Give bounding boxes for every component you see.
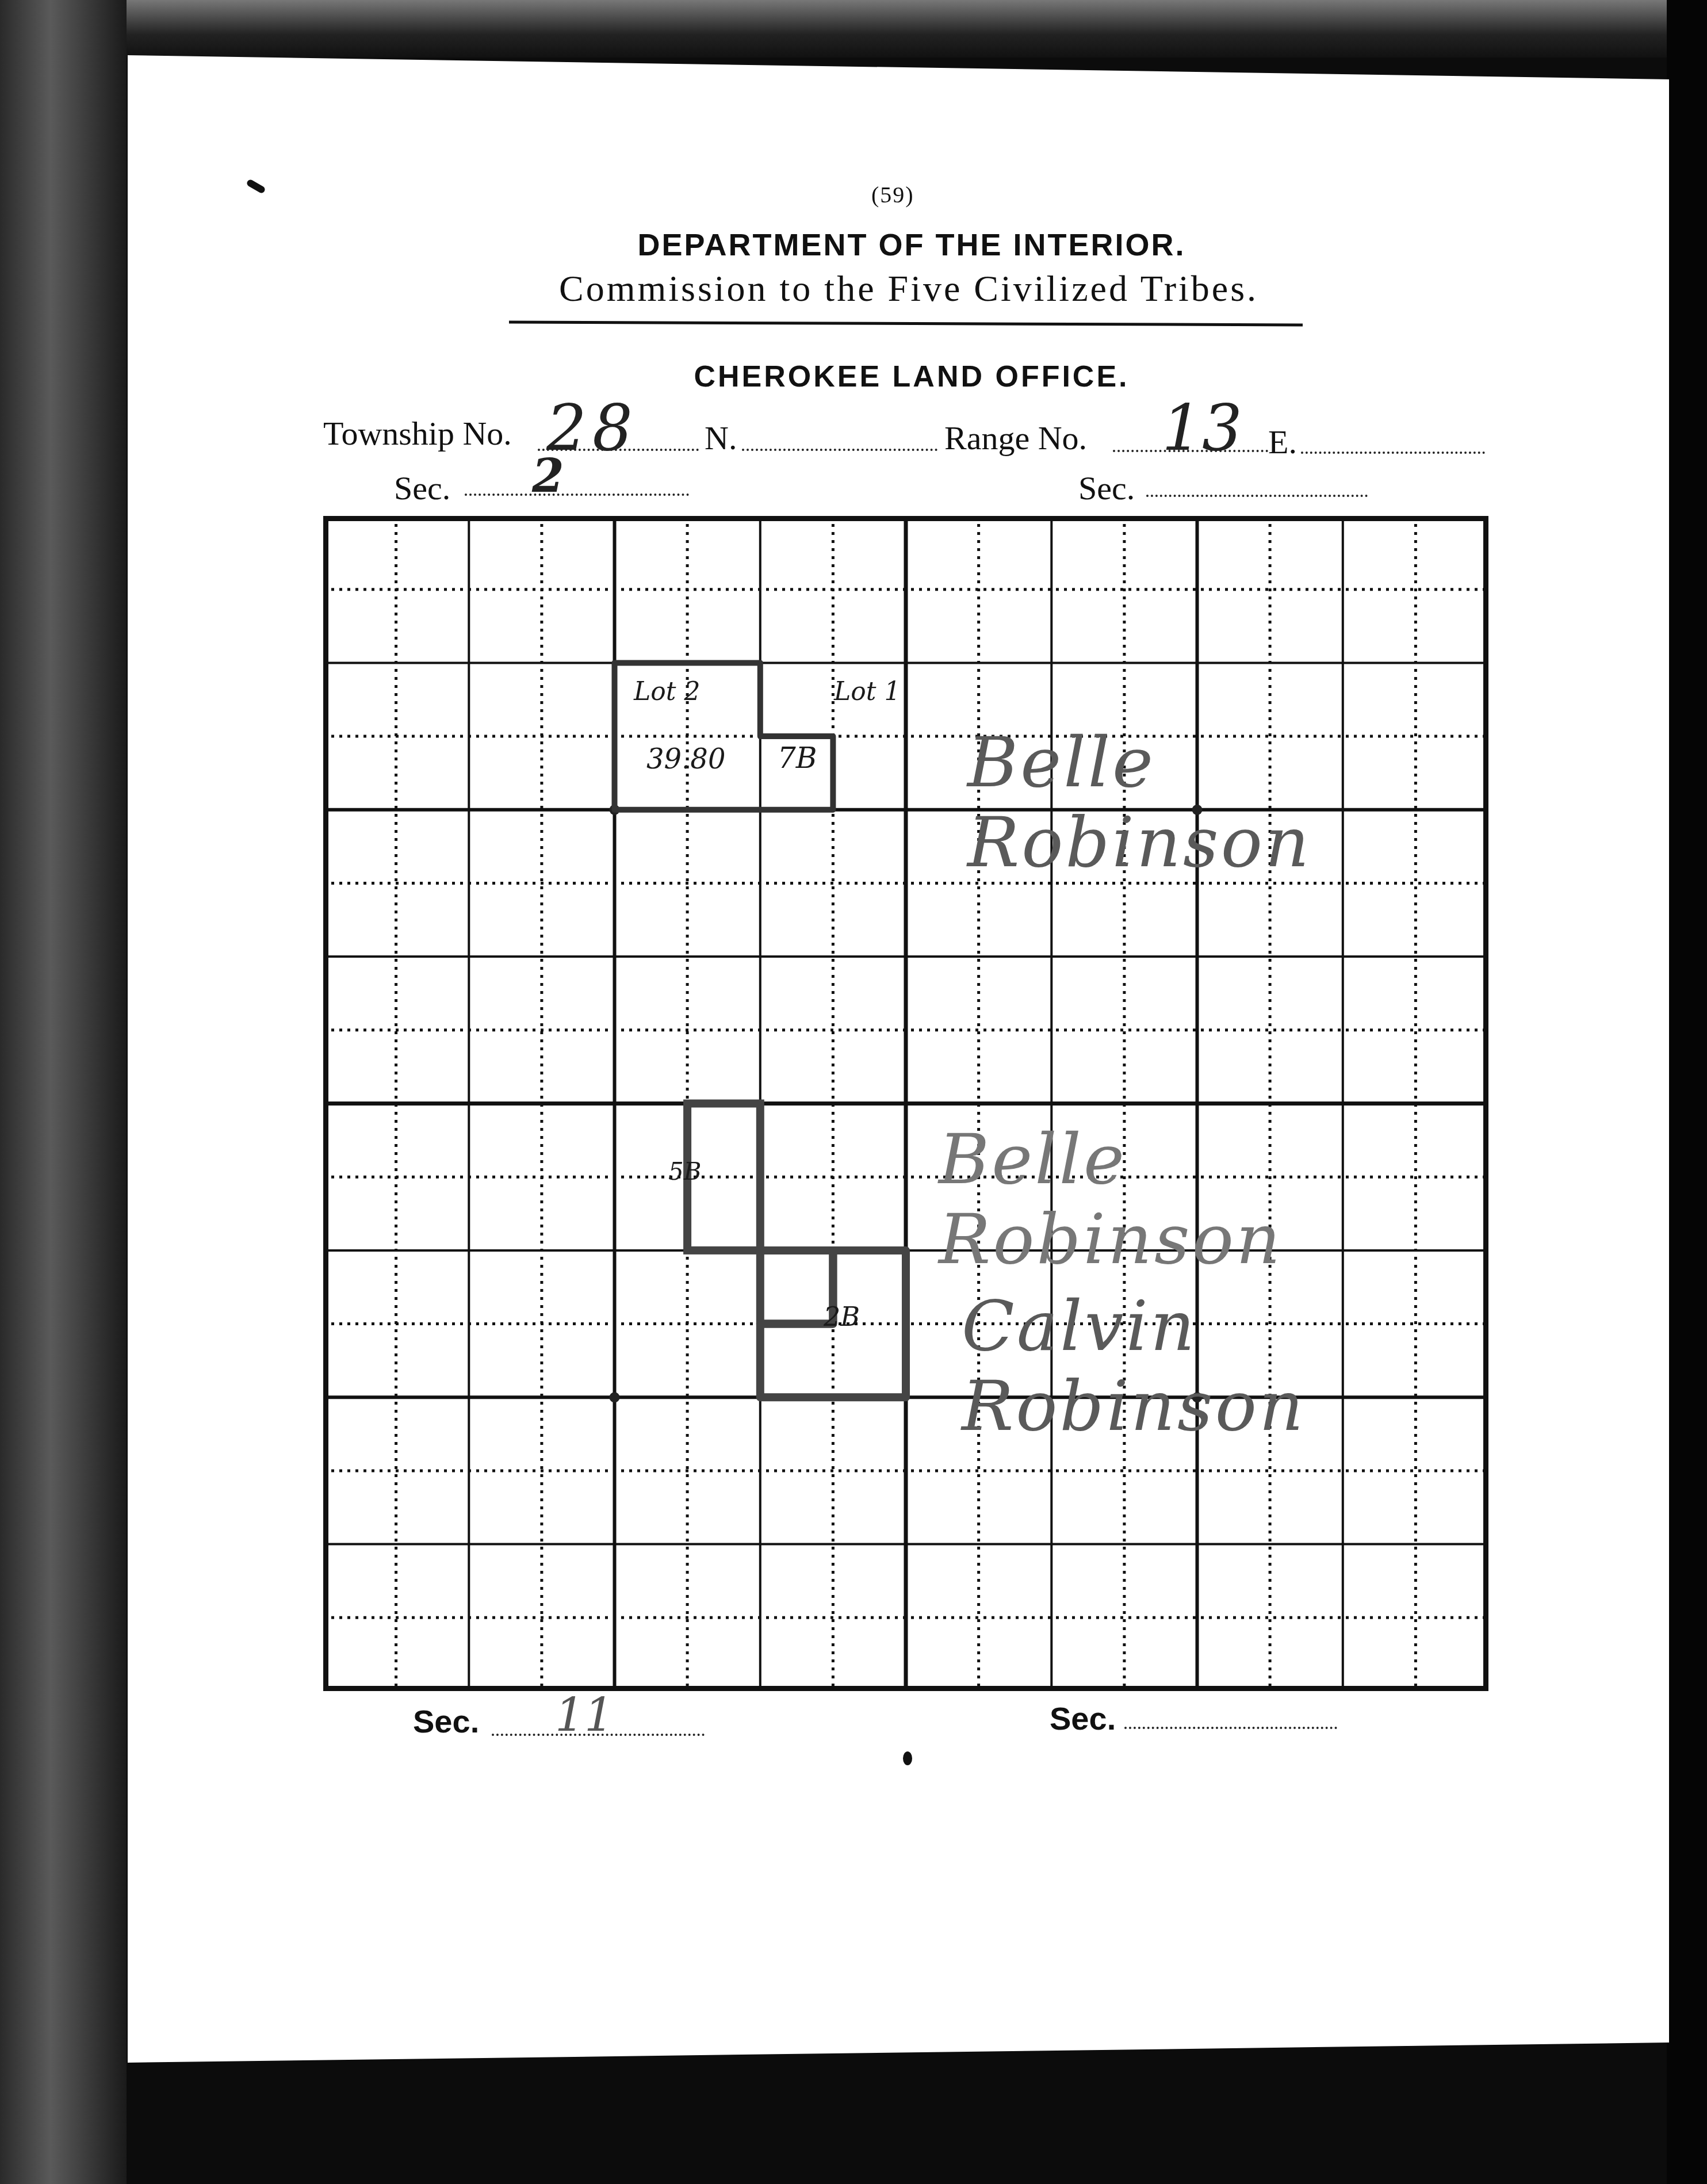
allottee-name: Belle Robinson <box>967 723 1488 883</box>
page-number: (59) <box>871 181 914 208</box>
sec-top-right-field <box>1146 495 1368 497</box>
sec-bottom-right-label: Sec. <box>1050 1700 1116 1737</box>
scan-background-right <box>1667 0 1707 2184</box>
sec-top-left-label: Sec. <box>394 469 450 507</box>
lot2-label: Lot 2 <box>634 677 700 706</box>
office-title: CHEROKEE LAND OFFICE. <box>638 359 1185 394</box>
department-title: DEPARTMENT OF THE INTERIOR. <box>575 227 1248 263</box>
sec-bottom-left-label: Sec. <box>413 1703 479 1740</box>
parcel-2b-code: 2B <box>824 1301 860 1332</box>
sec-bottom-right-field <box>1124 1727 1337 1729</box>
scan-background-top <box>0 0 1707 58</box>
plat-grid-lines <box>323 516 1488 1691</box>
east-label: E. <box>1268 423 1297 461</box>
lot1-label: Lot 1 <box>834 677 900 706</box>
parcel-5b-code: 5B <box>668 1157 702 1185</box>
township-label: Township No. <box>323 414 512 453</box>
allottee-name: Calvin Robinson <box>962 1287 1488 1447</box>
north-label: N. <box>705 419 737 457</box>
section-plat-grid: Lot 2 Lot 1 39.80 7B 5B 2B Belle Robinso… <box>323 516 1488 1691</box>
sec-bottom-left-value: 11 <box>555 1688 614 1742</box>
scan-background-left <box>0 0 127 2184</box>
sec-top-right-label: Sec. <box>1078 469 1135 507</box>
punch-dot <box>903 1751 912 1765</box>
lot2-code: 7B <box>778 741 817 775</box>
range-value: 13 <box>1162 391 1242 465</box>
allottee-name: Belle Robinson <box>939 1120 1488 1280</box>
commission-title: Commission to the Five Civilized Tribes. <box>506 267 1311 310</box>
east-field-line <box>1301 452 1485 454</box>
north-field-line <box>742 449 937 451</box>
range-label: Range No. <box>944 419 1087 457</box>
lot2-acreage: 39.80 <box>646 743 725 775</box>
sec-top-left-field <box>465 494 689 496</box>
